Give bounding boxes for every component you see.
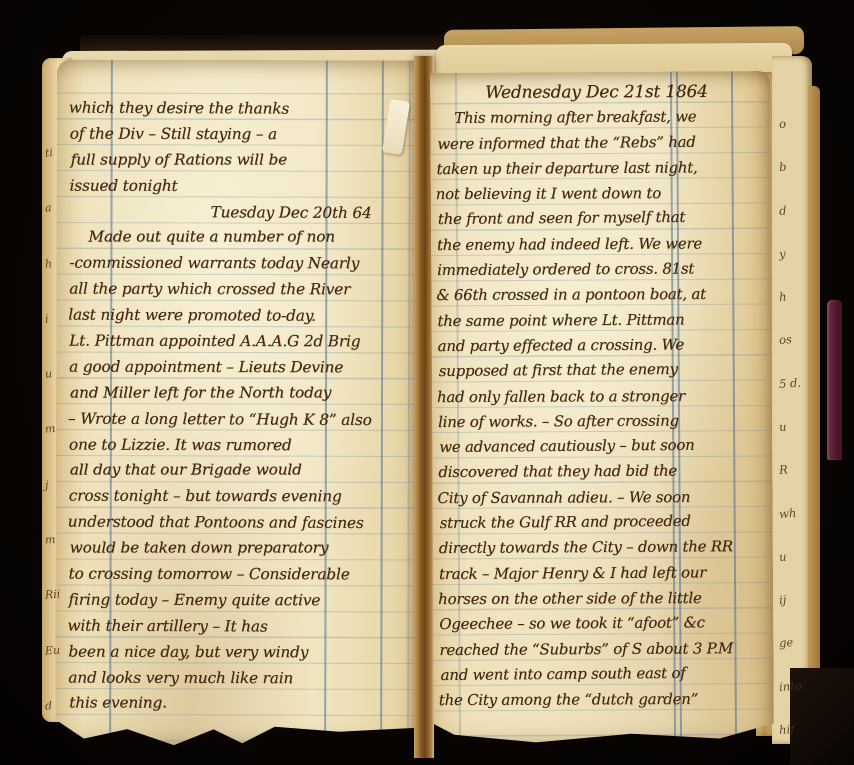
diary-line: and went into camp south east of <box>441 660 773 688</box>
diary-line: track – Major Henry & I had left our <box>439 560 771 587</box>
diary-line: the City among the “dutch garden” <box>439 687 771 714</box>
diary-line: this evening. <box>69 691 412 717</box>
diary-line: of the Div – Still staying – a <box>70 121 413 148</box>
stacked-pages-right-outer-edge <box>808 86 820 726</box>
diary-line: firing today – Enemy quite active <box>68 587 411 614</box>
right-page: Wednesday Dec 21st 1864This morning afte… <box>430 71 774 747</box>
diary-line: issued tonight <box>70 173 413 200</box>
diary-line: we advanced cautiously – but soon <box>439 432 771 460</box>
diary-line: Ogeechee – so we took it “afoot” &c <box>439 610 771 637</box>
diary-line: cross tonight – but towards evening <box>69 484 412 511</box>
diary-line: reached the “Suburbs” of S about 3 P.M <box>439 636 771 663</box>
left-page: which they desire the thanksof the Div –… <box>55 60 417 749</box>
diary-line: -commissioned warrants today Nearly <box>69 251 412 278</box>
diary-line: immediately ordered to cross. 81st <box>437 256 769 283</box>
diary-line: This morning after breakfast, we <box>436 104 768 131</box>
diary-line: struck the Gulf RR and proceeded <box>440 508 772 536</box>
diary-line: one to Lizzie. It was rumored <box>69 432 412 459</box>
diary-line: understood that Pontoons and fascines <box>68 510 411 538</box>
diary-line: directly towards the City – down the RR <box>439 534 771 561</box>
diary-line: and Miller left for the North today <box>70 380 413 406</box>
diary-line: a good appointment – Lieuts Devine <box>69 354 412 381</box>
diary-line: Wednesday Dec 21st 1864 <box>435 80 767 107</box>
diary-line: been a nice day, but very windy <box>68 639 411 666</box>
diary-line: – Wrote a long letter to “Hugh K 8” also <box>68 406 411 434</box>
right-page-text: Wednesday Dec 21st 1864This morning afte… <box>436 79 772 713</box>
diary-line: to crossing tomorrow – Considerable <box>69 562 412 589</box>
stacked-pages-right-edge <box>772 56 812 744</box>
diary-line: taken up their departure last night, <box>436 155 768 182</box>
diary-line: Made out quite a number of non <box>70 225 413 251</box>
diary-line: the same point where Lt. Pittman <box>437 307 769 334</box>
diary-line: and party effected a crossing. We <box>438 332 770 359</box>
diary-line: discovered that they had bid the <box>438 458 770 485</box>
diary-line: were informed that the “Rebs” had <box>437 129 769 157</box>
diary-line: and looks very much like rain <box>68 665 411 692</box>
maroon-pencil-strap <box>827 300 842 460</box>
diary-line: the front and seen for myself that <box>438 205 770 233</box>
diary-line: horses on the other side of the little <box>438 586 770 613</box>
diary-line: supposed at first that the enemy <box>439 356 771 384</box>
diary-line: all the party which crossed the River <box>69 277 412 304</box>
diary-line: the enemy had indeed left. We were <box>437 231 769 258</box>
left-page-text: which they desire the thanksof the Div –… <box>68 96 413 718</box>
book-cover-bottom-right <box>790 668 854 765</box>
diary-line: Tuesday Dec 20th 64 <box>68 199 411 227</box>
diary-line: which they desire the thanks <box>69 96 412 124</box>
diary-line: Lt. Pittman appointed A.A.A.G 2d Brig <box>69 329 412 356</box>
photo-of-open-diary: which they desire the thanksof the Div –… <box>0 0 854 765</box>
diary-line: would be taken down preparatory <box>70 536 413 562</box>
diary-line: line of works. – So after crossing <box>438 408 770 435</box>
diary-line: not believing it I went down to <box>436 181 768 208</box>
diary-line: last night were promoted to-day. <box>68 303 411 331</box>
diary-line: full supply of Rations will be <box>71 147 414 173</box>
diary-line: had only fallen back to a stronger <box>437 383 769 410</box>
diary-line: & 66th crossed in a pontoon boat, at <box>436 282 768 309</box>
diary-line: with their artillery – It has <box>67 613 410 641</box>
diary-line: all day that our Brigade would <box>70 458 413 484</box>
diary-line: City of Savannah adieu. – We soon <box>437 484 769 511</box>
